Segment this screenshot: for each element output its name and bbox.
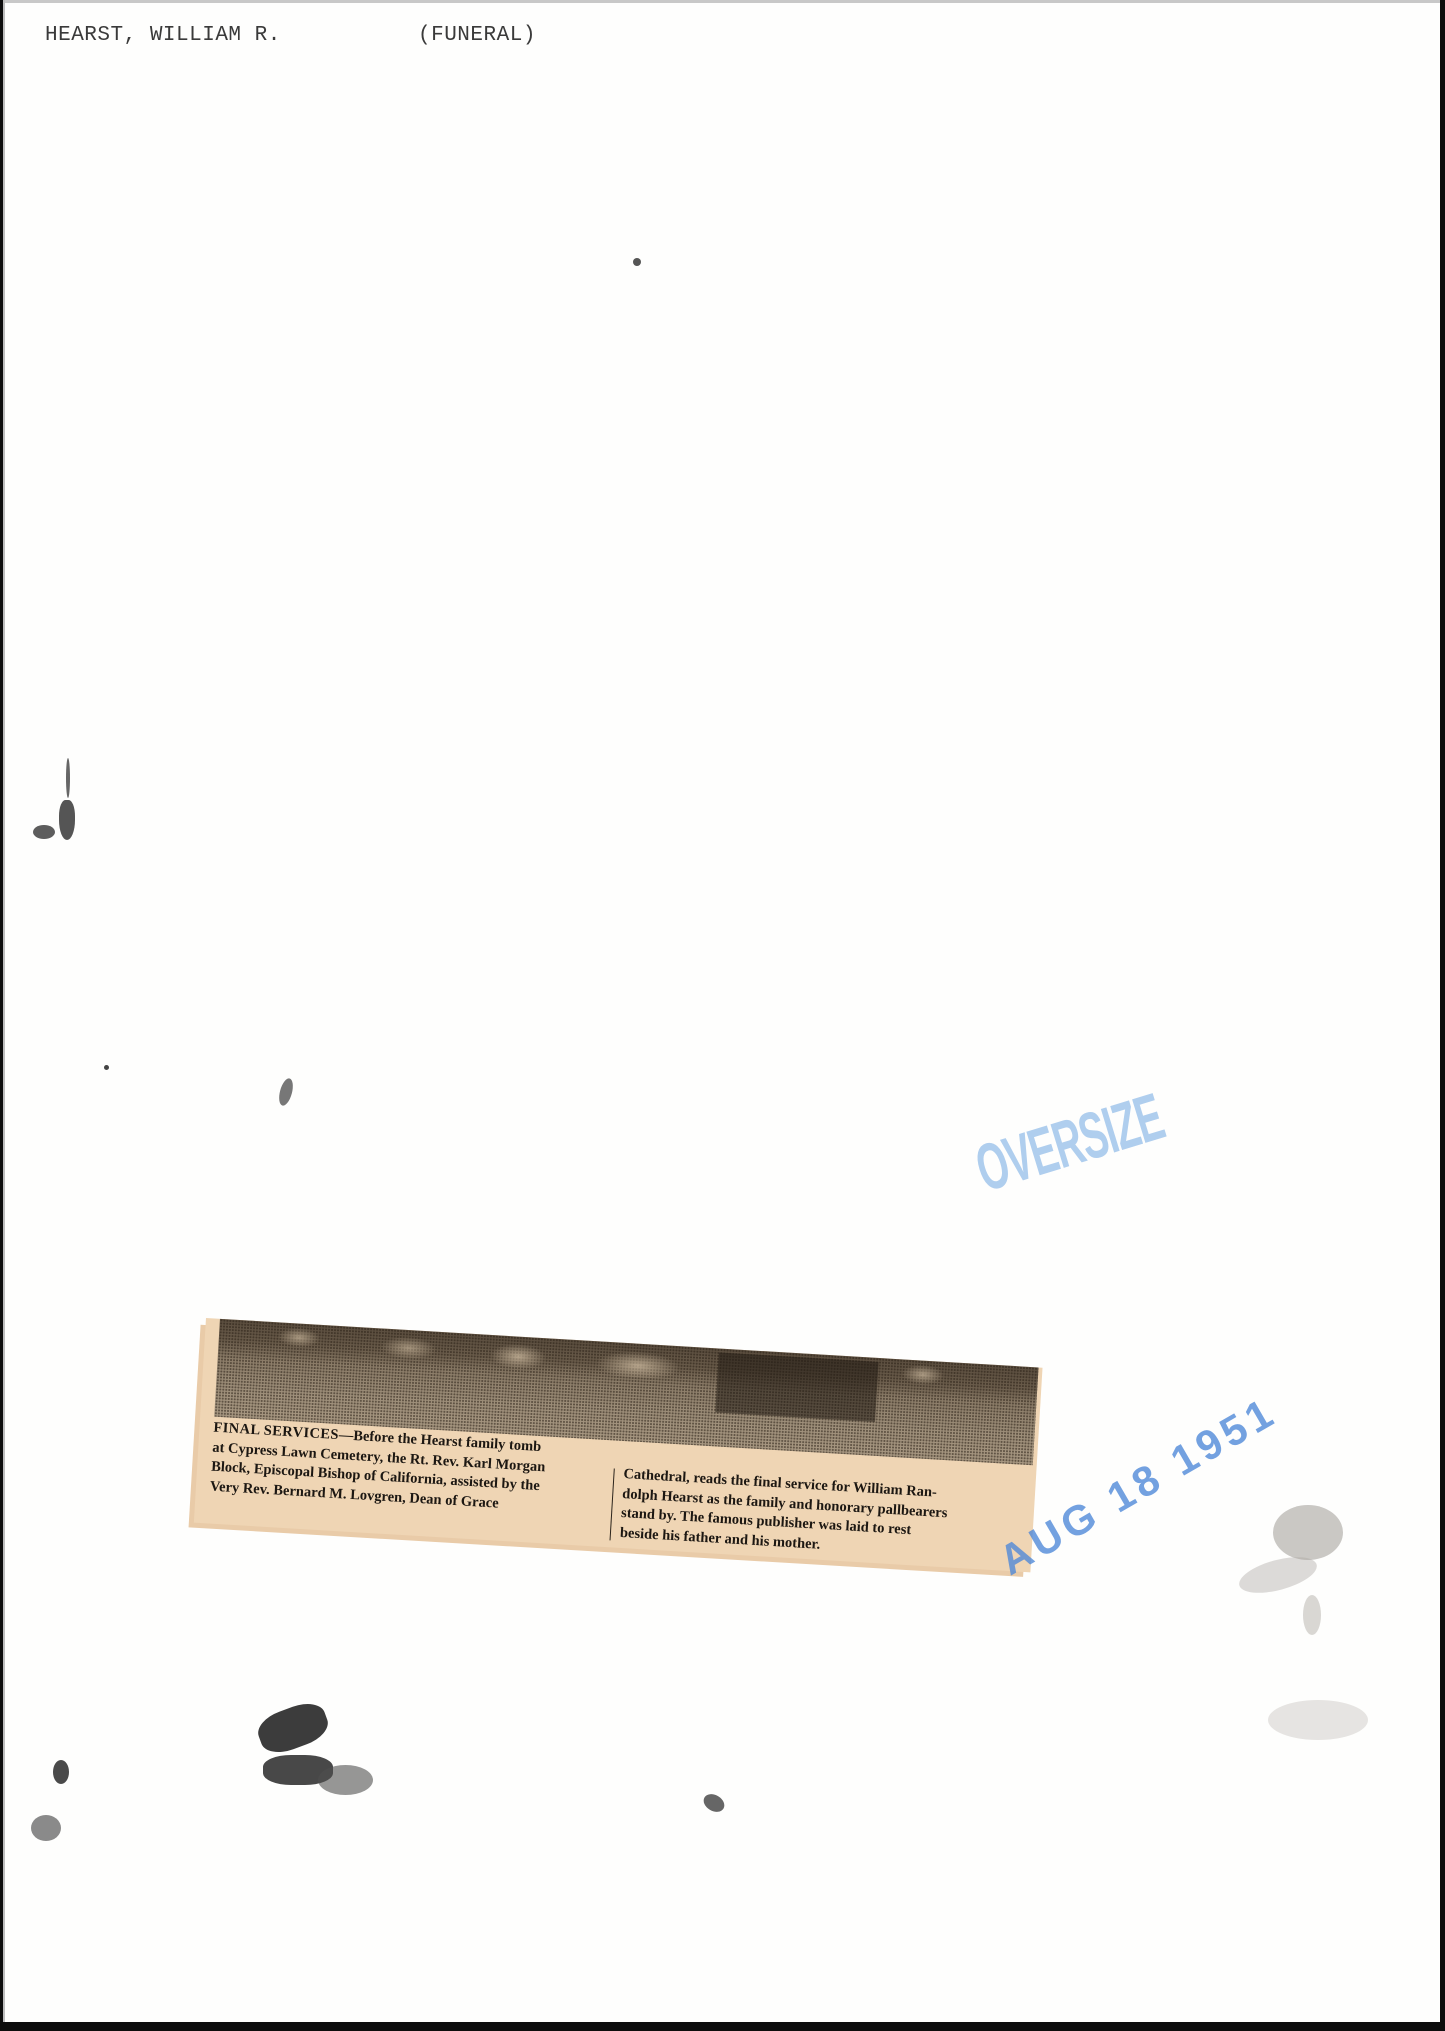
- ink-stain: [318, 1765, 373, 1795]
- ink-stain: [53, 1760, 69, 1784]
- water-stain: [1268, 1700, 1368, 1740]
- subject-name-label: HEARST, WILLIAM R.: [45, 24, 281, 47]
- ink-stain: [33, 825, 55, 839]
- ink-stain: [277, 1077, 296, 1107]
- ink-stain: [31, 1815, 61, 1841]
- water-stain: [1235, 1550, 1320, 1600]
- newspaper-clipping: FINAL SERVICES—Before the Hearst family …: [194, 1318, 1043, 1572]
- water-stain: [1303, 1595, 1321, 1635]
- water-stain: [1273, 1505, 1343, 1560]
- ink-stain: [700, 1791, 727, 1816]
- category-label: (FUNERAL): [418, 24, 536, 47]
- ink-stain: [253, 1697, 332, 1759]
- ink-dot: [633, 258, 641, 266]
- caption-column-2: Cathedral, reads the final service for W…: [619, 1465, 1023, 1567]
- archive-photo-back: HEARST, WILLIAM R. (FUNERAL) FINAL SERVI…: [3, 0, 1440, 2022]
- photo-flowers: [218, 1319, 1039, 1402]
- ink-dot: [104, 1065, 109, 1070]
- oversize-stamp: OVERSIZE: [967, 1078, 1172, 1206]
- photo-tomb: [715, 1352, 878, 1421]
- ink-stain: [66, 758, 70, 798]
- column-divider: [610, 1468, 615, 1540]
- ink-stain: [59, 800, 75, 840]
